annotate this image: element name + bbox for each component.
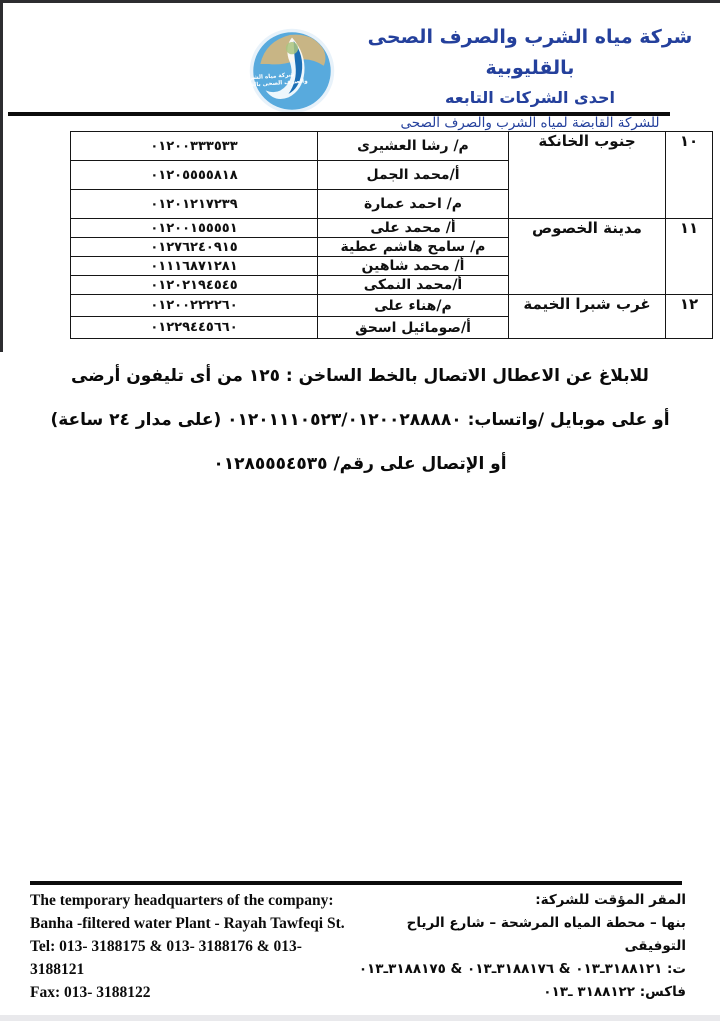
area-name-cell: جنوب الخانكة [509,132,666,219]
row-number-cell: ١١ [666,219,713,295]
area-name-cell: غرب شبرا الخيمة [509,295,666,339]
document-page: شركة مياه الشرب والصرف الصحى بالقليوبية … [0,0,720,1021]
contact-table-body: ١٠جنوب الخانكةم/ رشا العشيرى٠١٢٠٠٣٣٣٥٣٣أ… [71,132,713,339]
header-divider-rule [8,112,670,116]
contact-name-cell: أ/صومائيل اسحق [318,317,509,339]
footer-arabic-block: المقر المؤقت للشركة: بنها – محطة المياه … [351,889,686,1004]
contact-phone-cell: ٠١٢٠٠١٥٥٥٥١ [71,219,318,238]
table-row: ١٠جنوب الخانكةم/ رشا العشيرى٠١٢٠٠٣٣٣٥٣٣ [71,132,713,161]
company-header: شركة مياه الشرب والصرف الصحى بالقليوبية … [344,22,716,136]
hotline-line-3: أو الإتصال على رقم/ ٠١٢٨٥٥٥٤٥٣٥ [36,442,684,486]
company-title: شركة مياه الشرب والصرف الصحى بالقليوبية [344,22,716,84]
table-row: ١٢غرب شبرا الخيمةم/هناء على٠١٢٠٠٢٢٢٢٦٠ [71,295,713,317]
contact-phone-cell: ٠١٢٠٥٥٥٥٨١٨ [71,161,318,190]
footer-english-block: The temporary headquarters of the compan… [30,889,351,1004]
area-name-cell: مدينة الخصوص [509,219,666,295]
contact-name-cell: م/ رشا العشيرى [318,132,509,161]
row-number-cell: ١٠ [666,132,713,219]
contact-phone-cell: ٠١٢٠٠٣٣٣٥٣٣ [71,132,318,161]
footer-divider-rule [30,881,682,885]
footer-ar-headquarters: المقر المؤقت للشركة: [351,889,686,912]
hotline-line-2: أو على موبايل /واتساب: ٠١٢٠١١١٠٥٢٣/٠١٢٠٠… [36,398,684,442]
contact-name-cell: أ/محمد الجمل [318,161,509,190]
company-logo: شركة مياه الشرب والصرف الصحى بالقليوبية [248,27,336,115]
footer: The temporary headquarters of the compan… [30,889,686,1004]
contact-name-cell: أ/محمد النمكى [318,276,509,295]
contact-name-cell: م/هناء على [318,295,509,317]
contact-phone-cell: ٠١٢٢٩٤٤٥٦٦٠ [71,317,318,339]
contact-phone-cell: ٠١٢٠٢١٩٤٥٤٥ [71,276,318,295]
contact-phone-cell: ٠١٢٠٠٢٢٢٢٦٠ [71,295,318,317]
footer-en-fax: Fax: 013- 3188122 [30,981,351,1004]
footer-en-address: Banha -filtered water Plant - Rayah Tawf… [30,912,351,935]
footer-en-headquarters: The temporary headquarters of the compan… [30,889,351,912]
contact-table: ١٠جنوب الخانكةم/ رشا العشيرى٠١٢٠٠٣٣٣٥٣٣أ… [70,131,713,339]
table-row: ١١مدينة الخصوصأ/ محمد على٠١٢٠٠١٥٥٥٥١ [71,219,713,238]
contact-name-cell: م/ احمد عمارة [318,190,509,219]
row-number-cell: ١٢ [666,295,713,339]
contact-name-cell: أ/ محمد شاهين [318,257,509,276]
footer-ar-fax: فاكس: ٣١٨٨١٢٢ ـ٠١٣ [351,981,686,1004]
contact-name-cell: م/ سامح هاشم عطية [318,238,509,257]
scan-edge-top [0,0,720,3]
footer-en-telephones: Tel: 013- 3188175 & 013- 3188176 & 013- … [30,935,351,981]
hotline-notice: للابلاغ عن الاعطال الاتصال بالخط الساخن … [36,354,684,486]
contact-name-cell: أ/ محمد على [318,219,509,238]
scan-edge-left [0,0,3,352]
contact-phone-cell: ٠١٢٧٦٢٤٠٩١٥ [71,238,318,257]
company-subtitle: احدى الشركات التابعه [344,84,716,111]
contact-phone-cell: ٠١٢٠١٢١٧٢٣٩ [71,190,318,219]
hotline-line-1: للابلاغ عن الاعطال الاتصال بالخط الساخن … [36,354,684,398]
contact-phone-cell: ٠١١١٦٨٧١٢٨١ [71,257,318,276]
logo-leaf [286,42,298,54]
footer-ar-telephones: ت: ٣١٨٨١٢١ـ٠١٣ & ٣١٨٨١٧٦ـ٠١٣ & ٣١٨٨١٧٥ـ٠… [351,958,686,981]
scan-edge-bottom [0,1015,720,1021]
footer-ar-address: بنها – محطة المياه المرشحة – شارع الرياح… [351,912,686,958]
